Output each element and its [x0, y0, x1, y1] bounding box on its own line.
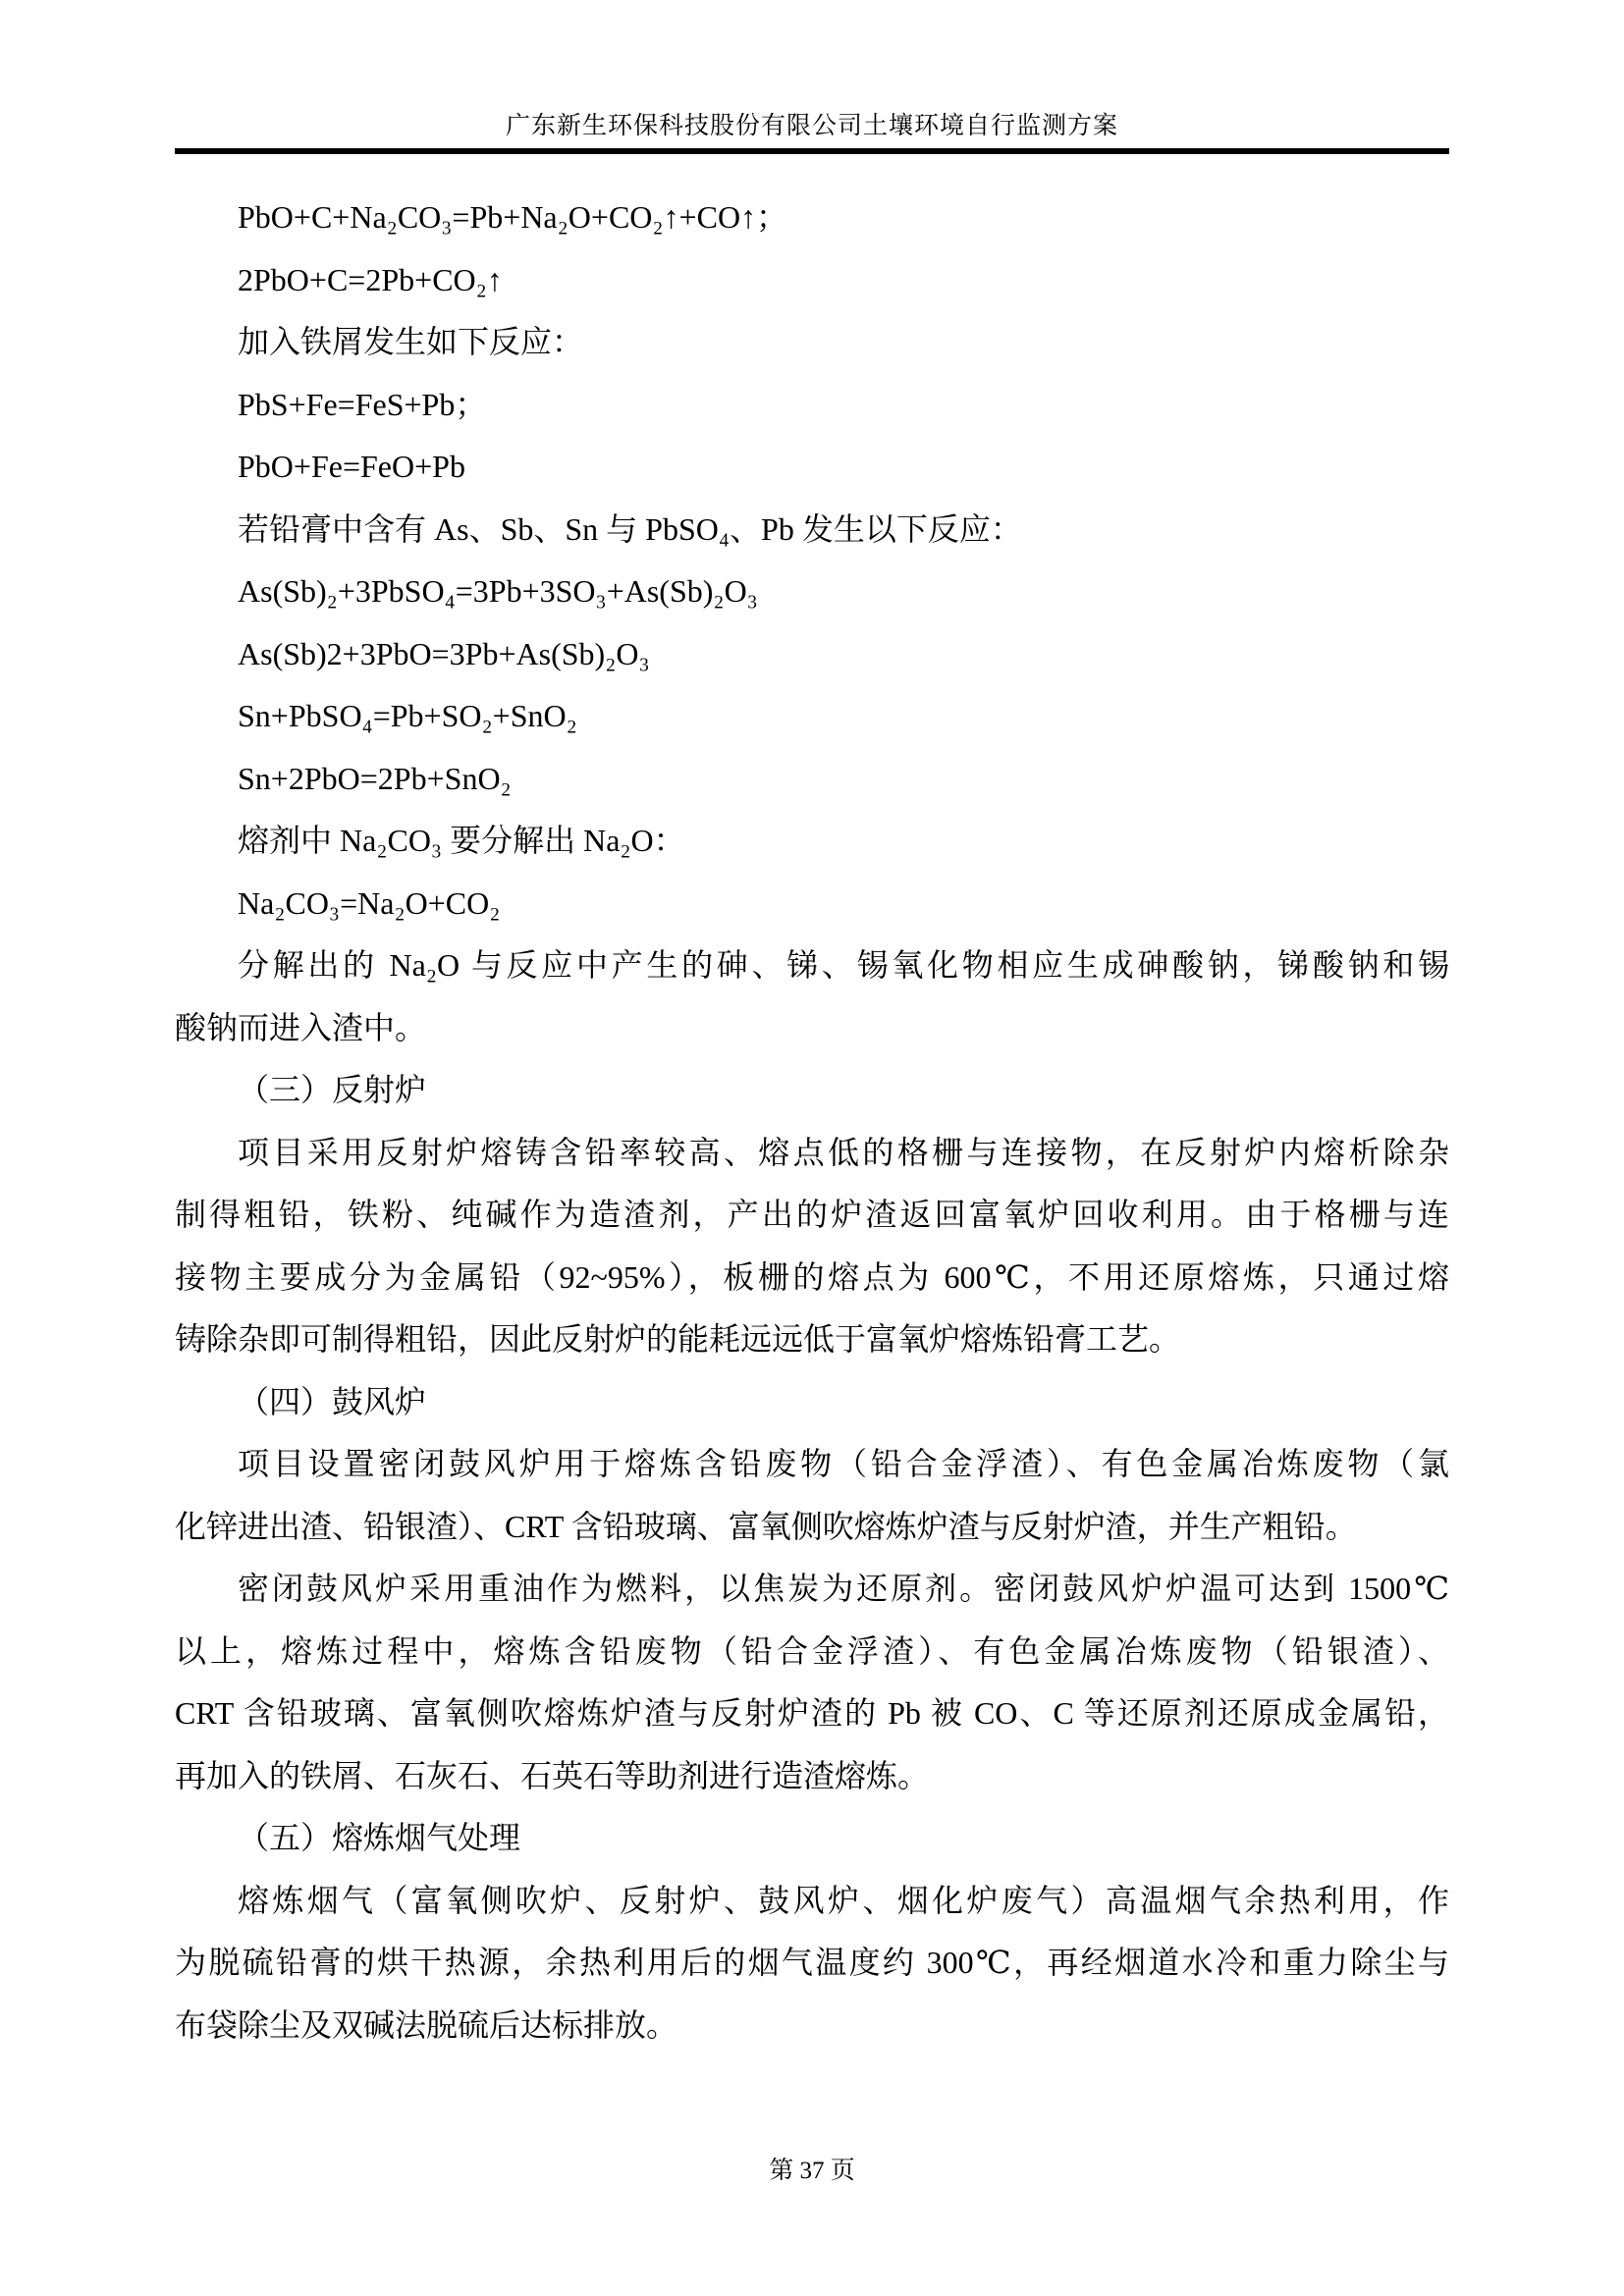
text-line: Sn+2PbO=2Pb+SnO₂	[175, 748, 1449, 811]
text-line: 加入铁屑发生如下反应：	[175, 311, 1449, 374]
text-line: Sn+PbSO₄=Pb+SO₂+SnO₂	[175, 685, 1449, 748]
footer-page-number: 第 37 页	[0, 2156, 1624, 2187]
text-line: 熔剂中 Na₂CO₃ 要分解出 Na₂O：	[175, 810, 1449, 873]
text-line: Na₂CO₃=Na₂O+CO₂	[175, 873, 1449, 935]
text-line: 若铅膏中含有 As、Sb、Sn 与 PbSO₄、Pb 发生以下反应：	[175, 499, 1449, 561]
text-line: 再加入的铁屑、石灰石、石英石等助剂进行造渣熔炼。	[175, 1745, 1449, 1808]
text-line: 熔炼烟气（富氧侧吹炉、反射炉、鼓风炉、烟化炉废气）高温烟气余热利用，作	[175, 1870, 1449, 1933]
header-rule-divider	[175, 148, 1449, 154]
document-page: 广东新生环保科技股份有限公司土壤环境自行监测方案 PbO+C+Na₂CO₃=Pb…	[0, 0, 1624, 2296]
content: PbO+C+Na₂CO₃=Pb+Na₂O+CO₂↑+CO↑；2PbO+C=2Pb…	[175, 187, 1449, 2056]
page-header-title: 广东新生环保科技股份有限公司土壤环境自行监测方案	[0, 110, 1624, 143]
text-line: 铸除杂即可制得粗铅，因此反射炉的能耗远远低于富氧炉熔炼铅膏工艺。	[175, 1308, 1449, 1371]
text-line: 分解出的 Na₂O 与反应中产生的砷、锑、锡氧化物相应生成砷酸钠，锑酸钠和锡	[175, 934, 1449, 997]
text-line: （四）鼓风炉	[175, 1371, 1449, 1434]
text-line: CRT 含铅玻璃、富氧侧吹熔炼炉渣与反射炉渣的 Pb 被 CO、C 等还原剂还原…	[175, 1682, 1449, 1745]
text-line: 化锌进出渣、铅银渣）、CRT 含铅玻璃、富氧侧吹熔炼炉渣与反射炉渣，并生产粗铅。	[175, 1496, 1449, 1559]
text-line: 项目采用反射炉熔铸含铅率较高、熔点低的格栅与连接物，在反射炉内熔析除杂	[175, 1122, 1449, 1185]
text-line: （三）反射炉	[175, 1059, 1449, 1122]
text-line: As(Sb)₂+3PbSO₄=3Pb+3SO₃+As(Sb)₂O₃	[175, 561, 1449, 623]
text-line: 项目设置密闭鼓风炉用于熔炼含铅废物（铅合金浮渣）、有色金属冶炼废物（氯	[175, 1433, 1449, 1496]
text-line: 2PbO+C=2Pb+CO₂↑	[175, 249, 1449, 312]
text-line: PbO+C+Na₂CO₃=Pb+Na₂O+CO₂↑+CO↑；	[175, 187, 1449, 249]
text-line: 制得粗铅，铁粉、纯碱作为造渣剂，产出的炉渣返回富氧炉回收利用。由于格栅与连	[175, 1184, 1449, 1247]
text-line: 接物主要成分为金属铅（92~95%），板栅的熔点为 600℃，不用还原熔炼，只通…	[175, 1247, 1449, 1309]
text-line: 以上，熔炼过程中，熔炼含铅废物（铅合金浮渣）、有色金属冶炼废物（铅银渣）、	[175, 1621, 1449, 1683]
text-line: （五）熔炼烟气处理	[175, 1807, 1449, 1870]
text-line: 为脱硫铅膏的烘干热源，余热利用后的烟气温度约 300℃，再经烟道水冷和重力除尘与	[175, 1932, 1449, 1995]
text-line: 酸钠而进入渣中。	[175, 997, 1449, 1060]
text-line: 密闭鼓风炉采用重油作为燃料，以焦炭为还原剂。密闭鼓风炉炉温可达到 1500℃	[175, 1558, 1449, 1621]
text-line: PbO+Fe=FeO+Pb	[175, 436, 1449, 499]
text-line: 布袋除尘及双碱法脱硫后达标排放。	[175, 1995, 1449, 2057]
text-line: As(Sb)2+3PbO=3Pb+As(Sb)₂O₃	[175, 623, 1449, 686]
text-line: PbS+Fe=FeS+Pb；	[175, 374, 1449, 437]
